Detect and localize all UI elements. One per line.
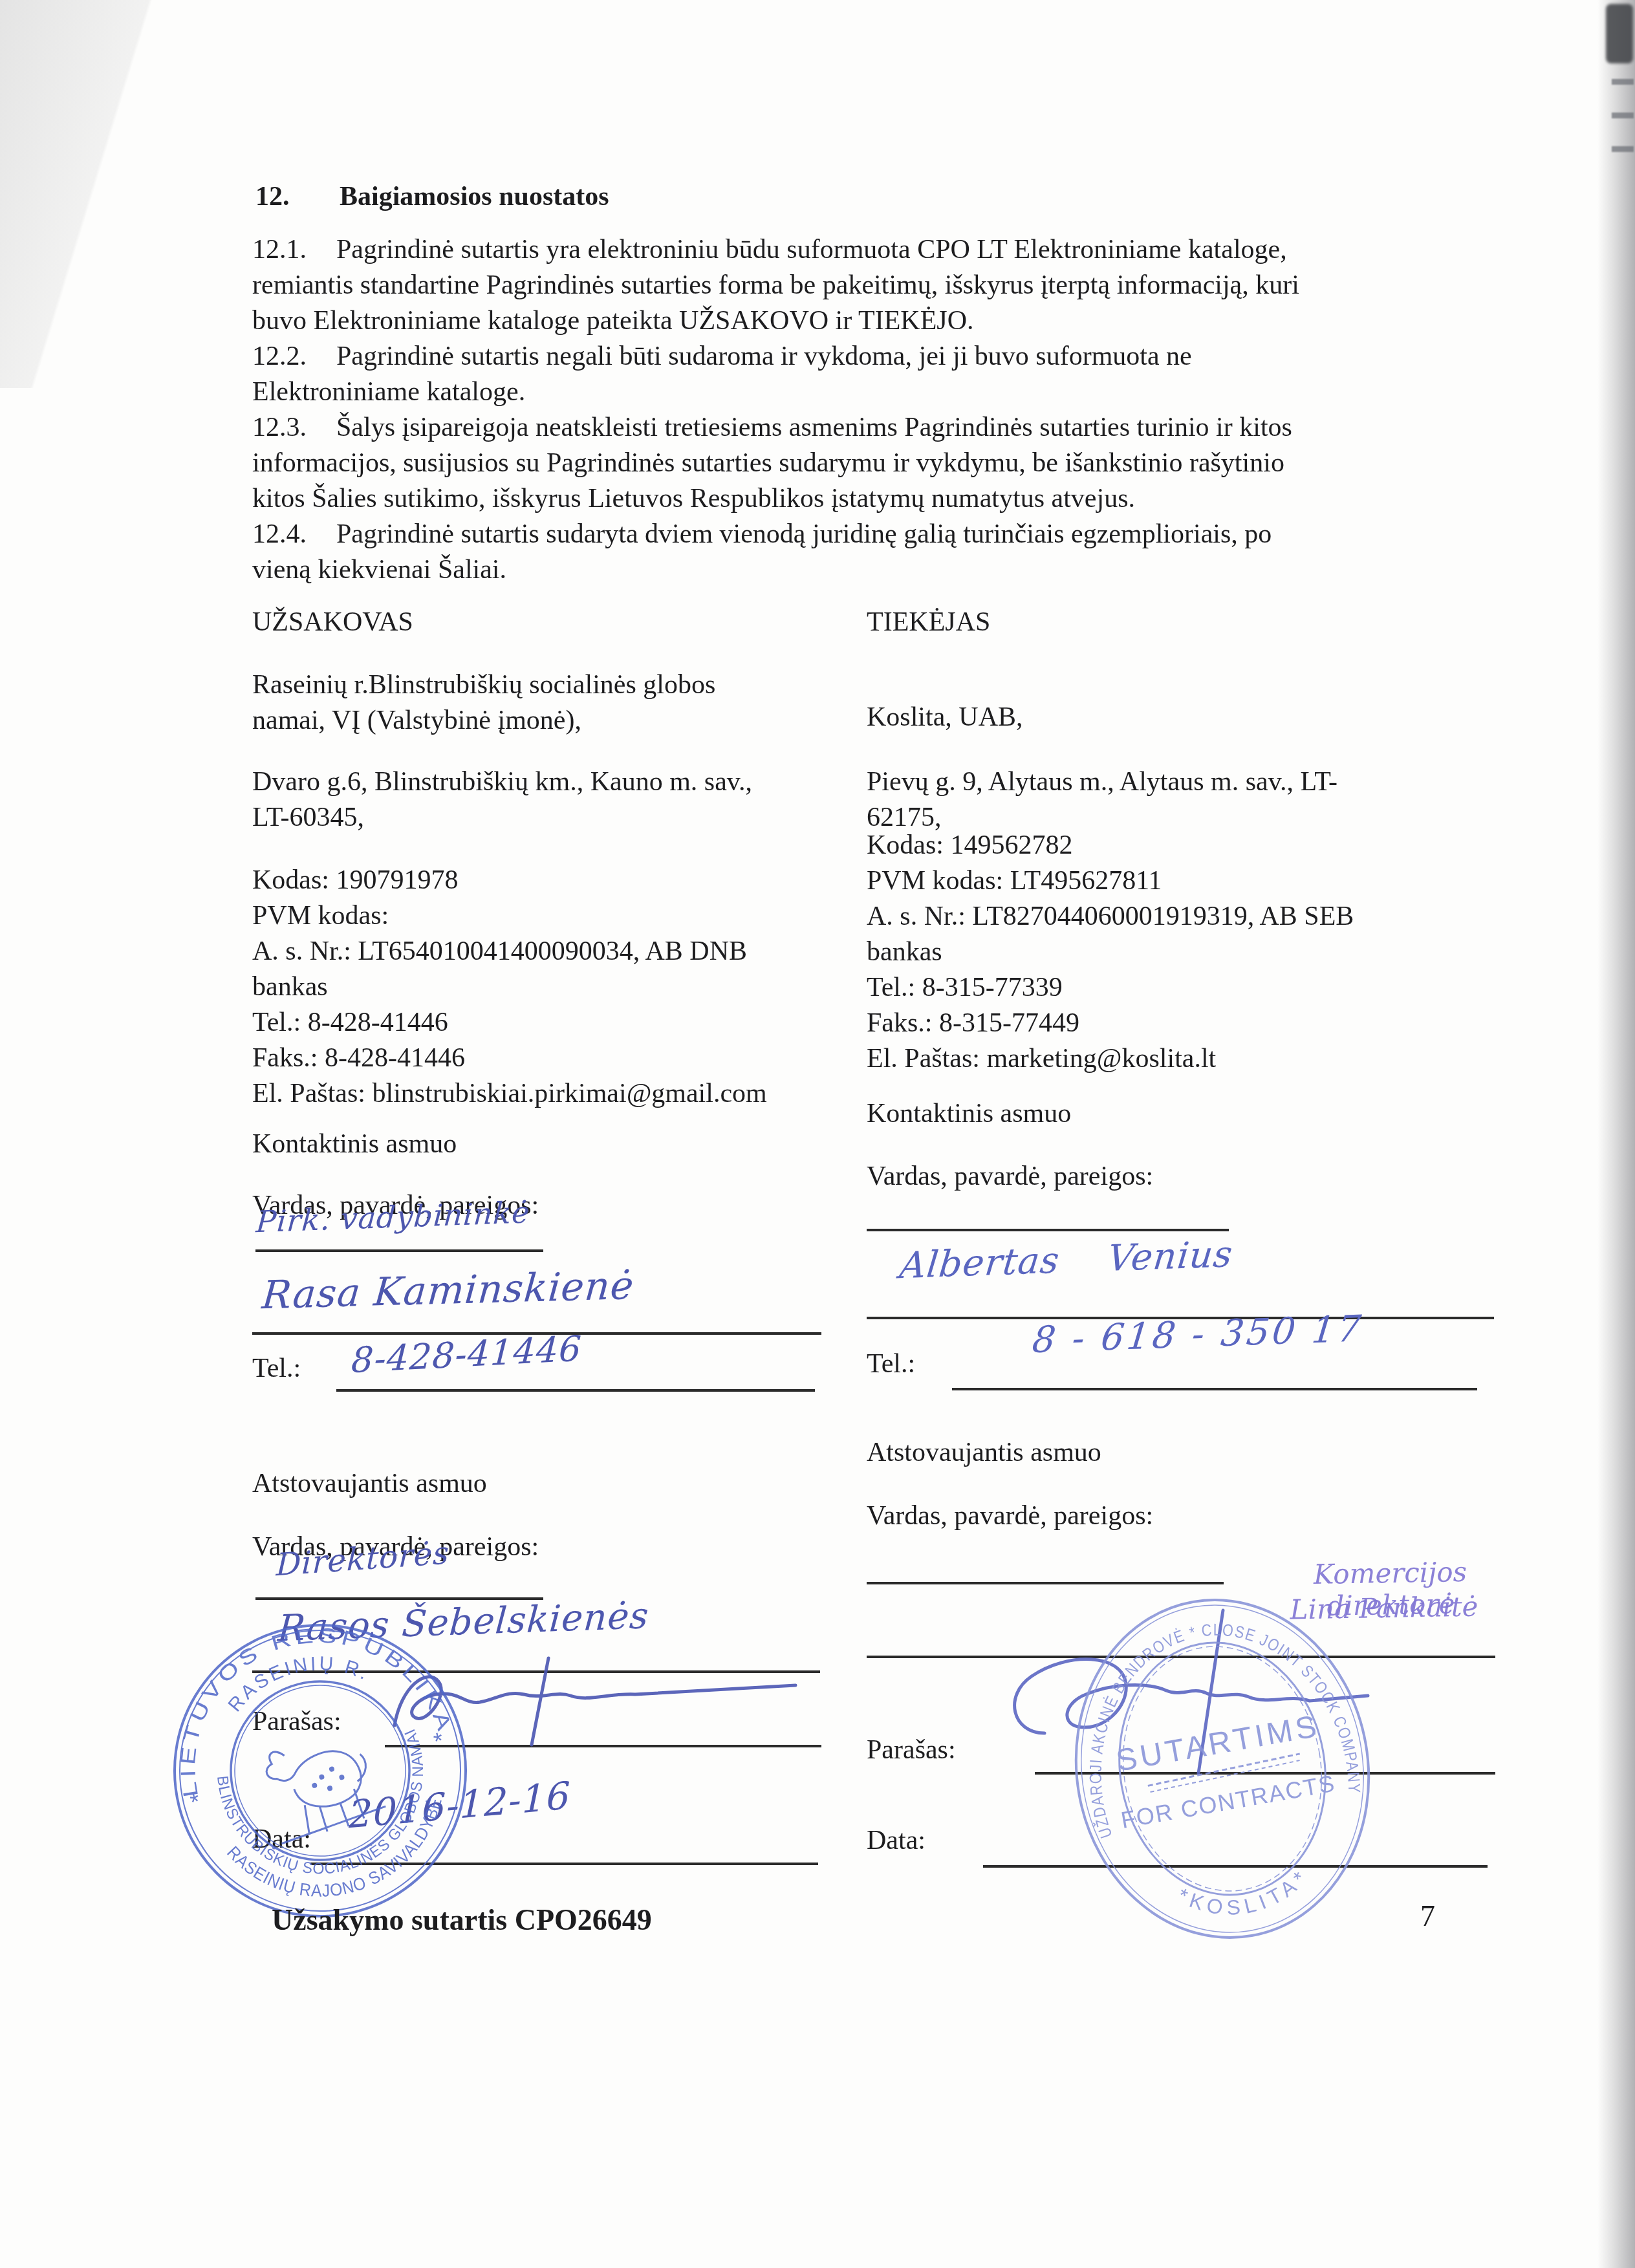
info-line: namai, VĮ (Valstybinė įmonė),	[252, 705, 581, 736]
info-line: El. Paštas: marketing@koslita.lt	[867, 1043, 1216, 1074]
contact-label: Vardas, pavardė, pareigos:	[867, 1161, 1153, 1192]
clause-line: Elektroniniame kataloge.	[252, 376, 525, 407]
info-line: A. s. Nr.: LT827044060001919319, AB SEB	[867, 901, 1354, 932]
clause-text: Šalys įsipareigoja neatskleisti tretiesi…	[336, 413, 1292, 442]
handwritten-tel: 8 - 618 - 350 17	[1030, 1308, 1365, 1361]
stamp-animal-icon	[260, 1729, 389, 1844]
info-line: bankas	[252, 971, 328, 1002]
section-heading: 12.Baigiamosios nuostatos	[255, 181, 609, 212]
info-line: Faks.: 8-428-41446	[252, 1042, 465, 1074]
section-number: 12.	[255, 181, 340, 212]
data-label: Data:	[867, 1825, 926, 1856]
clause-line: 12.4.Pagrindinė sutartis sudaryta dviem …	[252, 519, 1272, 550]
info-line: 62175,	[867, 802, 942, 833]
contact-heading: Kontaktinis asmuo	[867, 1098, 1071, 1129]
clause-line: informacijos, susijusios su Pagrindinės …	[252, 448, 1284, 479]
oval-stamp-center-line1: SUTARTIMS	[1114, 1709, 1322, 1778]
clause-line: vieną kiekvienai Šaliai.	[252, 554, 506, 585]
scanned-contract-page: 12.Baigiamosios nuostatos 12.1.Pagrindin…	[0, 0, 1635, 2268]
info-line: Tel.: 8-428-41446	[252, 1007, 448, 1038]
handwritten-name: Rasa Kaminskienė	[260, 1263, 636, 1318]
info-line: PVM kodas:	[252, 900, 389, 931]
uzsakovas-round-stamp: LIETUVOS RESPUBLIKA RASEINIŲ RAJONO SAVI…	[165, 1615, 475, 1926]
clause-number: 12.1.	[252, 234, 336, 265]
page-number: 7	[1420, 1899, 1435, 1933]
clause-line: kitos Šalies sutikimo, išskyrus Lietuvos…	[252, 483, 1135, 514]
info-line: Dvaro g.6, Blinstrubiškių km., Kauno m. …	[252, 766, 752, 797]
info-line: Pievų g. 9, Alytaus m., Alytaus m. sav.,…	[867, 766, 1337, 797]
scan-tick-artifact	[1612, 79, 1634, 85]
clause-text: Pagrindinė sutartis negali būti sudaroma…	[336, 341, 1192, 371]
scan-tick-artifact	[1612, 146, 1634, 152]
clause-text: Pagrindinė sutartis sudaryta dviem vieno…	[336, 519, 1272, 549]
info-line: Tel.: 8-315-77339	[867, 972, 1063, 1003]
info-line: Raseinių r.Blinstrubiškių socialinės glo…	[252, 669, 715, 700]
parasas-label: Parašas:	[867, 1734, 956, 1766]
section-title: Baigiamosios nuostatos	[340, 182, 609, 211]
scan-tick-artifact	[1612, 113, 1634, 118]
tel-label: Tel.:	[867, 1348, 915, 1379]
info-line: bankas	[867, 936, 942, 967]
info-line: Koslita, UAB,	[867, 702, 1023, 733]
column-header-uzsakovas: UŽSAKOVAS	[252, 607, 413, 638]
info-line: LT-60345,	[252, 802, 364, 833]
footer-contract-id: Užsakymo sutartis CPO26649	[272, 1903, 652, 1937]
column-header-tiekejas: TIEKĖJAS	[867, 607, 990, 638]
signature-line	[255, 1249, 543, 1252]
clause-line: buvo Elektroniniame kataloge pateikta UŽ…	[252, 305, 973, 336]
tiekejas-oval-stamp: UŽDAROJI AKCINĖ BENDROVĖ * CLOSE JOINT S…	[1067, 1594, 1378, 1943]
clause-text: Pagrindinė sutartis yra elektroniniu būd…	[336, 235, 1287, 265]
signature-line	[952, 1388, 1477, 1390]
clause-line: 12.2.Pagrindinė sutartis negali būti sud…	[252, 341, 1192, 372]
rep-label: Vardas, pavardė, pareigos:	[867, 1500, 1153, 1531]
tel-label: Tel.:	[252, 1353, 301, 1384]
scan-edge-artifact	[1597, 0, 1635, 2268]
rep-heading: Atstovaujantis asmuo	[867, 1437, 1101, 1468]
info-line: Kodas: 190791978	[252, 865, 459, 896]
clause-number: 12.4.	[252, 519, 336, 550]
scan-dark-mark-artifact	[1606, 4, 1633, 63]
page-corner-fold-artifact	[0, 0, 220, 388]
handwritten-name: Albertas Venius	[898, 1233, 1235, 1287]
info-line: PVM kodas: LT495627811	[867, 865, 1162, 896]
signature-line	[867, 1582, 1224, 1584]
clause-line: 12.1.Pagrindinė sutartis yra elektronini…	[252, 234, 1287, 265]
oval-stamp-center-line2: FOR CONTRACTS	[1119, 1769, 1337, 1833]
info-line: El. Paštas: blinstrubiskiai.pirkimai@gma…	[252, 1078, 767, 1109]
clause-number: 12.2.	[252, 341, 336, 372]
handwritten-tel: 8-428-41446	[351, 1328, 583, 1381]
clause-line: 12.3.Šalys įsipareigoja neatskleisti tre…	[252, 412, 1292, 443]
clause-line: remiantis standartine Pagrindinės sutart…	[252, 270, 1299, 301]
rep-heading: Atstovaujantis asmuo	[252, 1468, 487, 1499]
clause-number: 12.3.	[252, 412, 336, 443]
info-line: Faks.: 8-315-77449	[867, 1008, 1079, 1039]
contact-heading: Kontaktinis asmuo	[252, 1129, 457, 1160]
info-line: Kodas: 149562782	[867, 830, 1073, 861]
signature-line	[336, 1389, 815, 1392]
signature-line	[867, 1229, 1229, 1231]
info-line: A. s. Nr.: LT654010041400090034, AB DNB	[252, 936, 747, 967]
